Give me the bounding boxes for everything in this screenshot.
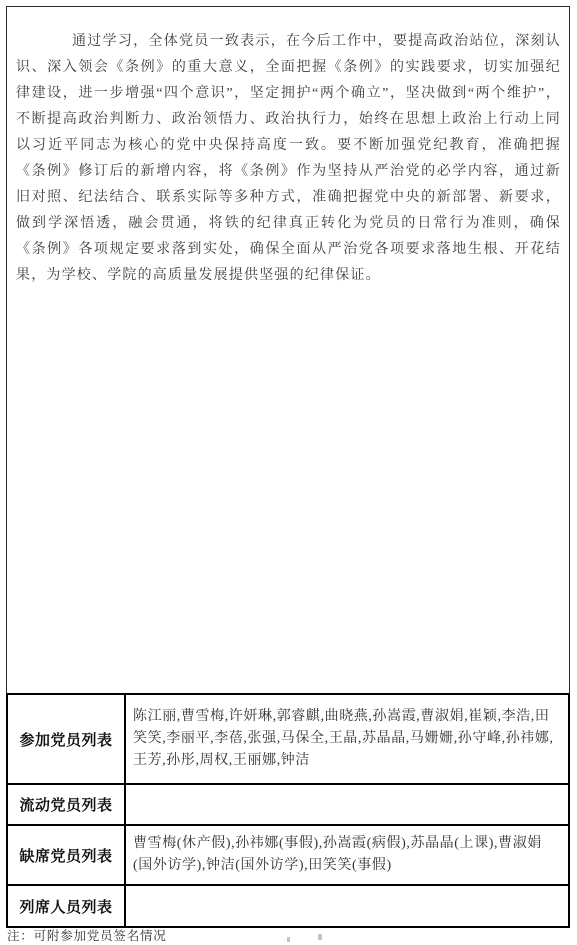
table-row-absent-members: 缺席党员列表 曹雪梅(休产假),孙祎娜(事假),孙嵩霞(病假),苏晶晶(上课),… — [8, 826, 568, 886]
row-label-absent-members: 缺席党员列表 — [8, 826, 126, 884]
table-row-attendees: 列席人员列表 — [8, 886, 568, 926]
body-paragraph: 通过学习，全体党员一致表示，在今后工作中，要提高政治站位，深刻认识、深入领会《条… — [7, 7, 569, 289]
row-content-mobile-members — [126, 785, 568, 824]
participants-names: 陈江丽,曹雪梅,许妍琳,郭睿麒,曲晓燕,孙嵩霞,曹淑娟,崔颖,李浩,田笑笑,李丽… — [133, 706, 560, 772]
footer-artifact — [318, 934, 322, 940]
row-label-attendees: 列席人员列表 — [8, 886, 126, 926]
document-page: 通过学习，全体党员一致表示，在今后工作中，要提高政治站位，深刻认识、深入领会《条… — [0, 0, 577, 945]
row-content-absent-members: 曹雪梅(休产假),孙祎娜(事假),孙嵩霞(病假),苏晶晶(上课),曹淑娟(国外访… — [126, 826, 568, 884]
row-content-attendees — [126, 886, 568, 926]
table-row-participants: 参加党员列表 陈江丽,曹雪梅,许妍琳,郭睿麒,曲晓燕,孙嵩霞,曹淑娟,崔颖,李浩… — [8, 695, 568, 785]
footer-artifact — [287, 937, 290, 942]
document-box: 通过学习，全体党员一致表示，在今后工作中，要提高政治站位，深刻认识、深入领会《条… — [6, 6, 570, 694]
row-label-mobile-members: 流动党员列表 — [8, 785, 126, 824]
absent-members-names: 曹雪梅(休产假),孙祎娜(事假),孙嵩霞(病假),苏晶晶(上课),曹淑娟(国外访… — [133, 833, 560, 877]
table-row-mobile-members: 流动党员列表 — [8, 785, 568, 826]
row-label-participants: 参加党员列表 — [8, 695, 126, 783]
members-table: 参加党员列表 陈江丽,曹雪梅,许妍琳,郭睿麒,曲晓燕,孙嵩霞,曹淑娟,崔颖,李浩… — [6, 693, 570, 928]
row-content-participants: 陈江丽,曹雪梅,许妍琳,郭睿麒,曲晓燕,孙嵩霞,曹淑娟,崔颖,李浩,田笑笑,李丽… — [126, 695, 568, 783]
footnote: 注：可附参加党员签名情况 — [7, 926, 167, 944]
